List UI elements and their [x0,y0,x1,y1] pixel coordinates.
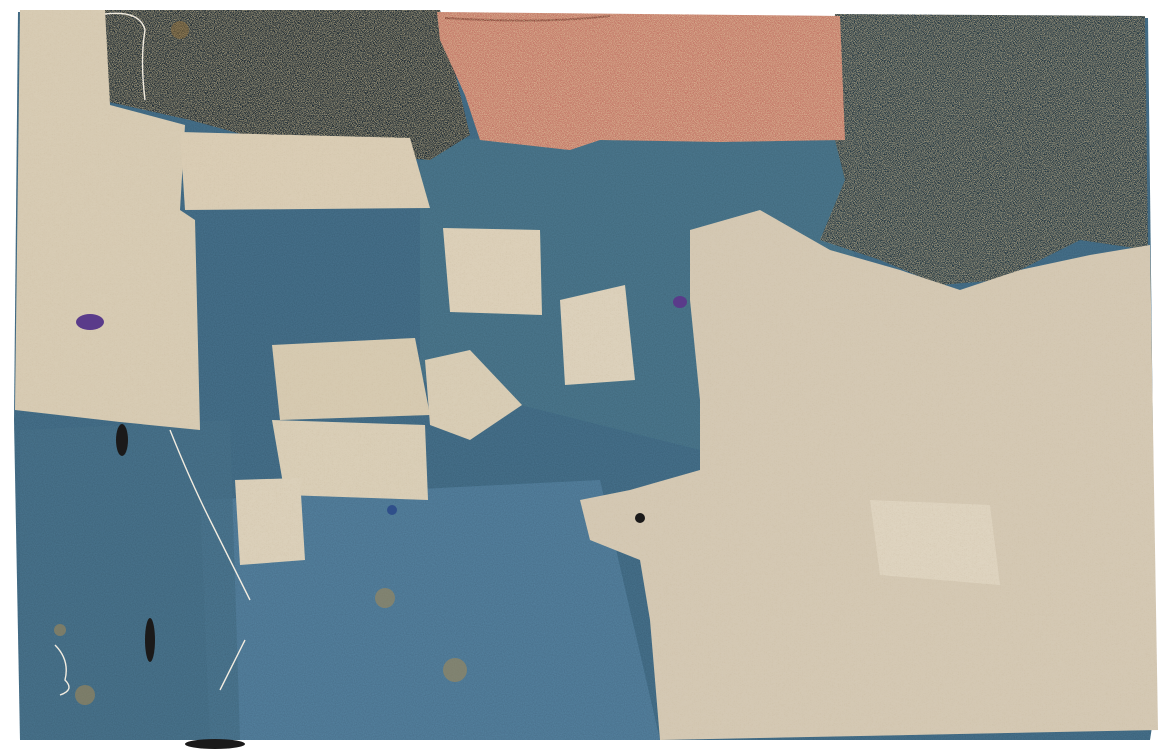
gauze-horizontal-strip [180,132,430,210]
gauze-square-3 [272,338,430,420]
gauze-square-6 [235,478,305,565]
gauze-inner-square [870,500,1000,585]
textile-collage [0,0,1170,752]
terracotta-patch [437,12,845,150]
gauze-square-1 [443,228,542,315]
gauze-square-2 [560,285,635,385]
